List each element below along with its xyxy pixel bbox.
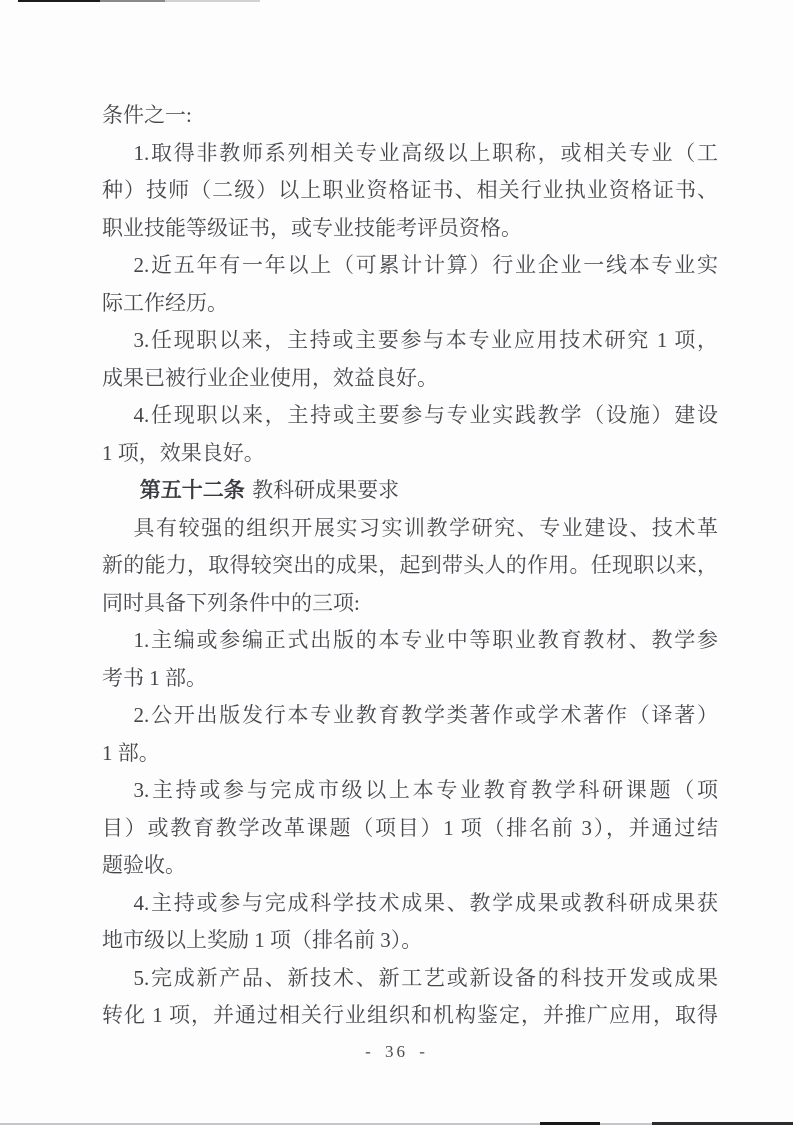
doc-line: 目）或教育教学改革课题（项目）1 项（排名前 3），并通过结	[102, 810, 718, 848]
heading-title: 教科研成果要求	[252, 478, 399, 502]
doc-line: 同时具备下列条件中的三项:	[102, 585, 718, 623]
document-body: 条件之一: 1.取得非教师系列相关专业高级以上职称，或相关专业（工 种）技师（二…	[102, 97, 718, 1035]
doc-line: 职业技能等级证书，或专业技能考评员资格。	[102, 210, 718, 248]
doc-line: 1 项，效果良好。	[102, 435, 718, 473]
doc-line: 4.主持或参与完成科学技术成果、教学成果或教科研成果获	[102, 885, 718, 923]
doc-line: 考书 1 部。	[102, 660, 718, 698]
doc-line: 条件之一:	[102, 97, 718, 135]
doc-line: 1 部。	[102, 735, 718, 773]
doc-line: 新的能力，取得较突出的成果，起到带头人的作用。任现职以来，	[102, 547, 718, 585]
scan-artifact-top-light	[165, 0, 260, 2]
heading-article-number: 第五十二条	[140, 478, 245, 502]
doc-line: 3.任现职以来，主持或主要参与本专业应用技术研究 1 项，	[102, 322, 718, 360]
doc-line: 具有较强的组织开展实习实训教学研究、专业建设、技术革	[102, 510, 718, 548]
doc-line: 转化 1 项，并通过相关行业组织和机构鉴定，并推广应用，取得	[102, 997, 718, 1035]
scan-artifact-top-dark	[18, 0, 100, 2]
scan-artifact-top-gray	[100, 0, 165, 2]
doc-line: 5.完成新产品、新技术、新工艺或新设备的科技开发或成果	[102, 960, 718, 998]
doc-line: 3.主持或参与完成市级以上本专业教育教学科研课题（项	[102, 772, 718, 810]
doc-line: 际工作经历。	[102, 285, 718, 323]
document-page: 条件之一: 1.取得非教师系列相关专业高级以上职称，或相关专业（工 种）技师（二…	[0, 0, 793, 1125]
doc-line: 2.近五年有一年以上（可累计计算）行业企业一线本专业实	[102, 247, 718, 285]
doc-line: 成果已被行业企业使用，效益良好。	[102, 360, 718, 398]
doc-line: 题验收。	[102, 847, 718, 885]
doc-line: 1.主编或参编正式出版的本专业中等职业教育教材、教学参	[102, 622, 718, 660]
doc-line: 地市级以上奖励 1 项（排名前 3）。	[102, 922, 718, 960]
doc-line: 4.任现职以来，主持或主要参与专业实践教学（设施）建设	[102, 397, 718, 435]
doc-line: 种）技师（二级）以上职业资格证书、相关行业执业资格证书、	[102, 172, 718, 210]
page-number: - 36 -	[0, 1042, 793, 1062]
doc-line: 1.取得非教师系列相关专业高级以上职称，或相关专业（工	[102, 135, 718, 173]
doc-heading-article-52: 第五十二条教科研成果要求	[102, 472, 718, 510]
doc-line: 2.公开出版发行本专业教育教学类著作或学术著作（译著）	[102, 697, 718, 735]
